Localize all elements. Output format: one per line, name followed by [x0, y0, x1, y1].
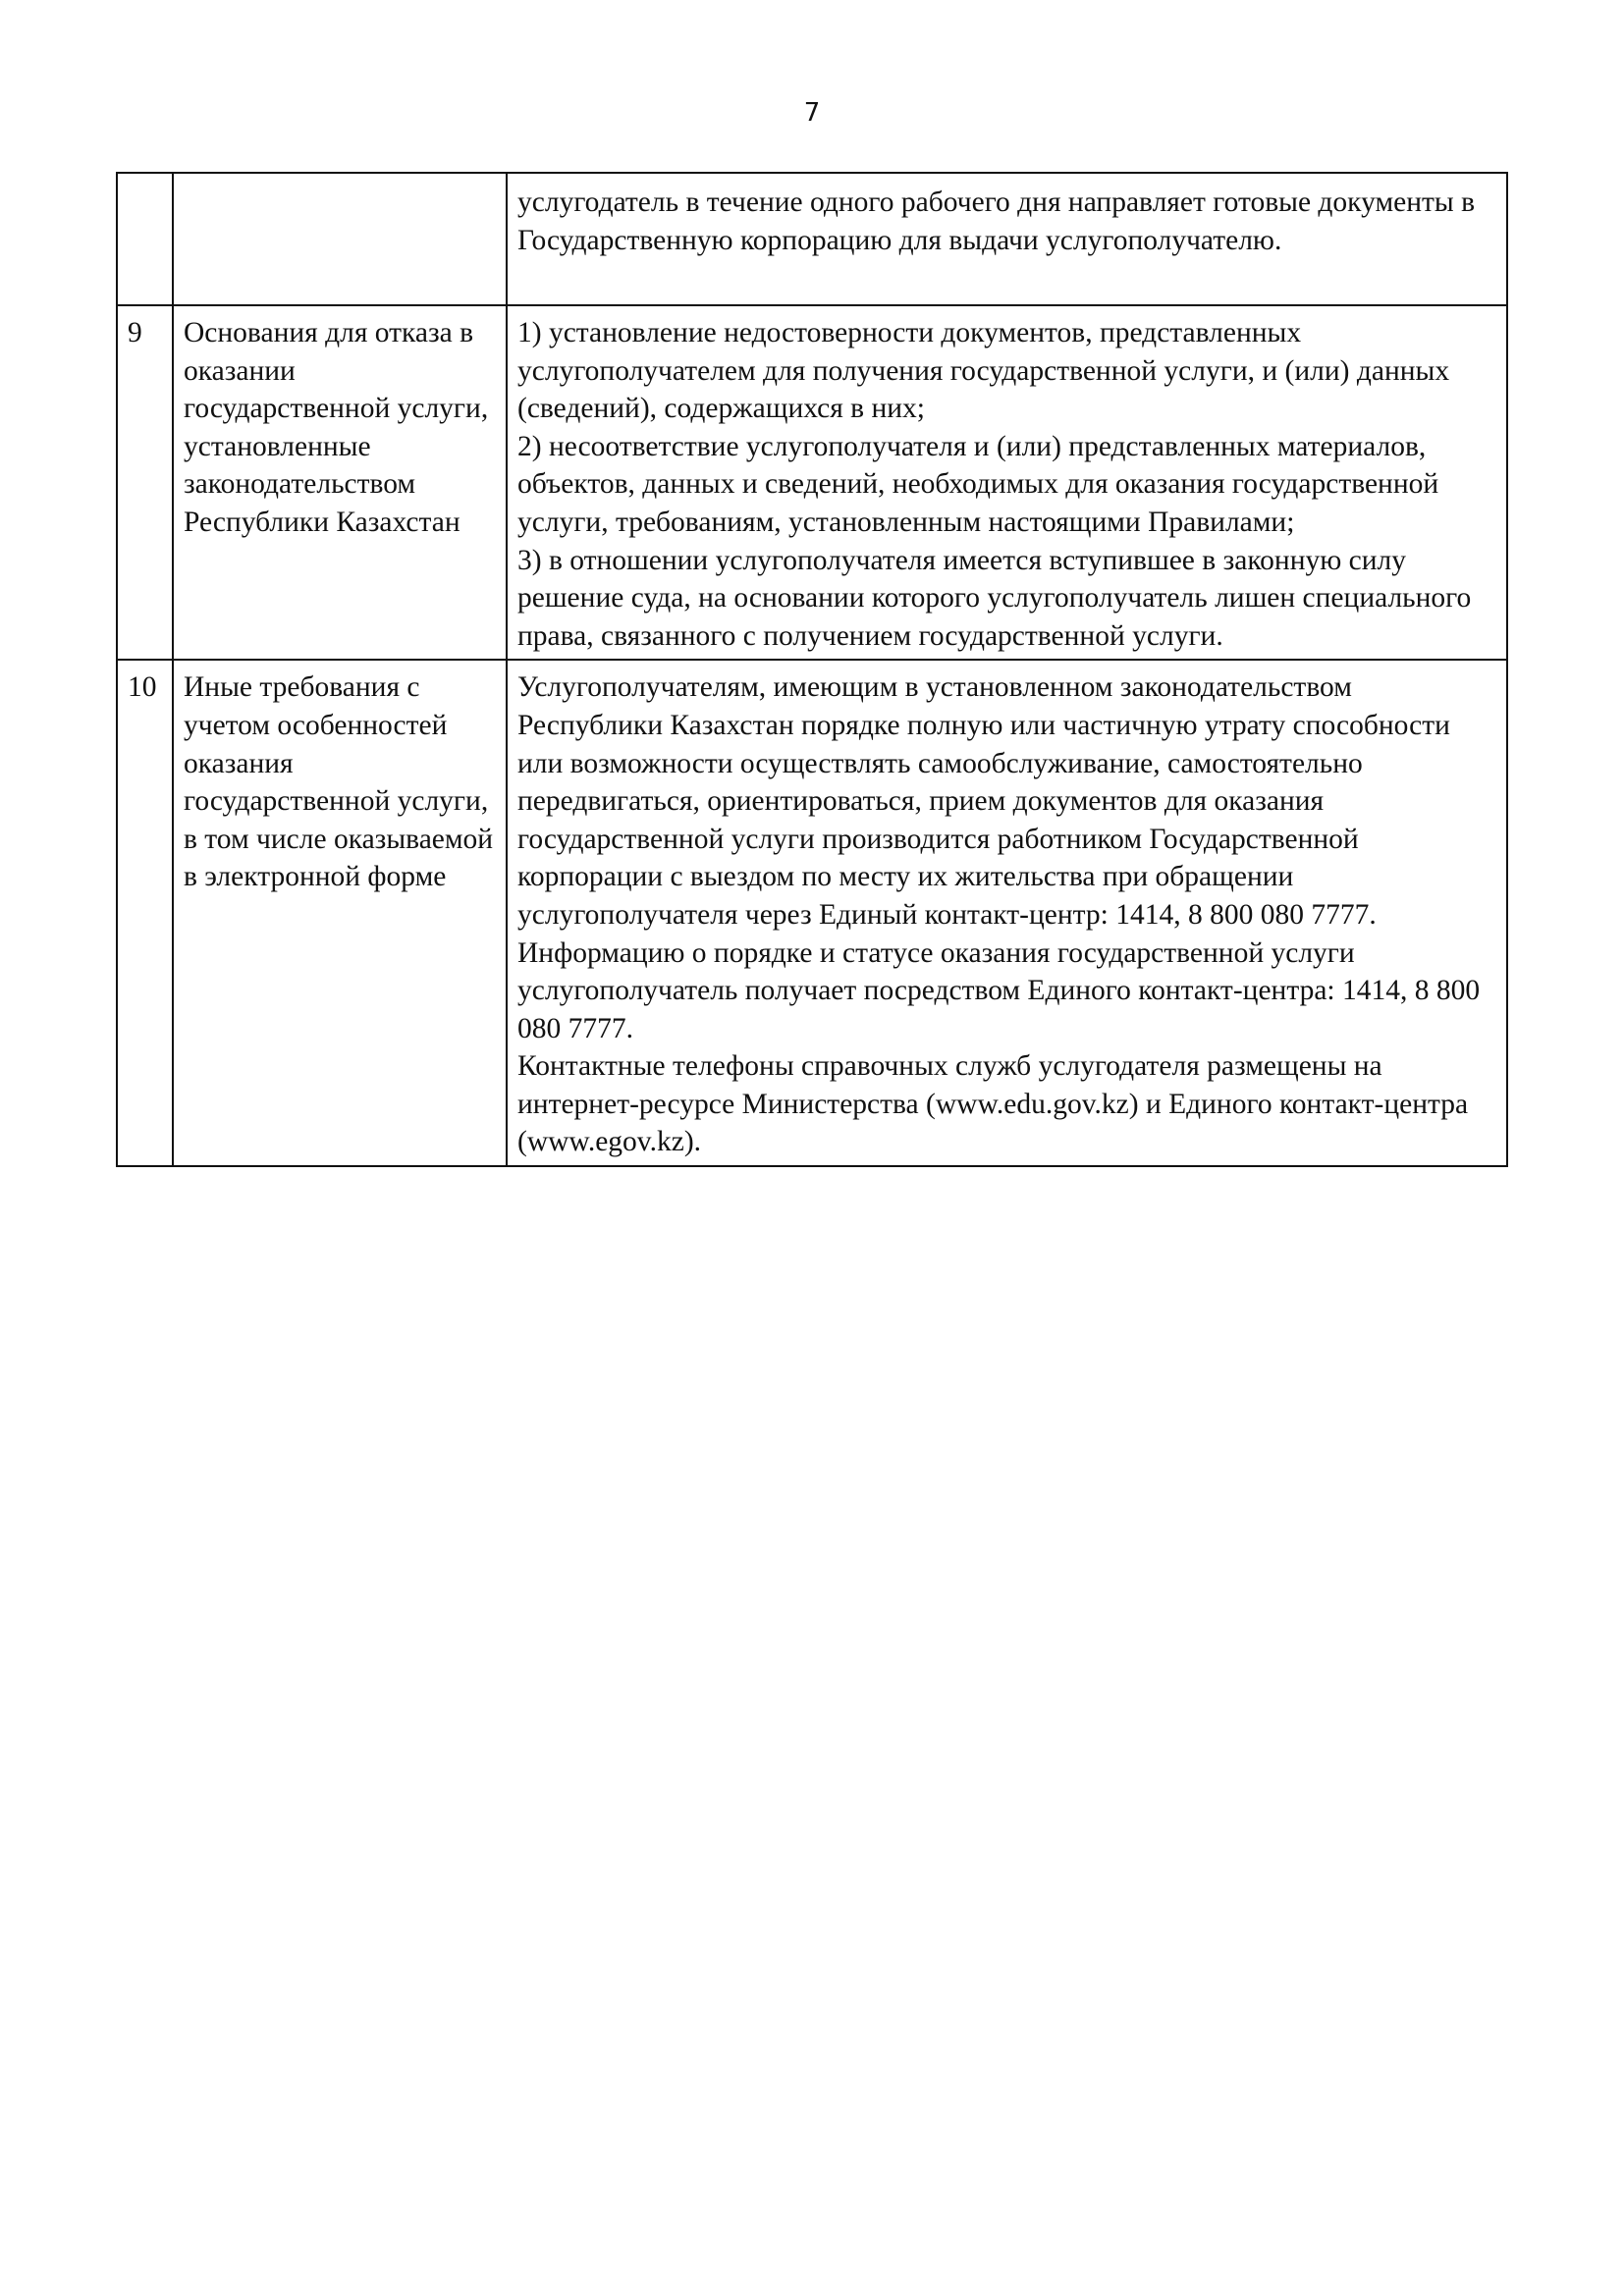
row-paragraph: услугодатель в течение одного рабочего д… — [517, 184, 1496, 259]
row-content: услугодатель в течение одного рабочего д… — [507, 173, 1507, 305]
row-number — [117, 173, 173, 305]
row-title — [173, 173, 507, 305]
row-paragraph: Информацию о порядке и статусе оказания … — [517, 934, 1496, 1048]
page-number: 7 — [0, 98, 1624, 128]
row-title: Основания для отказа в оказании государс… — [173, 305, 507, 660]
row-paragraph: 3) в отношении услугополучателя имеется … — [517, 542, 1496, 656]
row-paragraph: Контактные телефоны справочных служб усл… — [517, 1047, 1496, 1161]
table-row-10: 10 Иные требования с учетом особенностей… — [117, 660, 1507, 1166]
table-row-continuation: услугодатель в течение одного рабочего д… — [117, 173, 1507, 305]
row-title: Иные требования с учетом особенностей ок… — [173, 660, 507, 1166]
row-content: 1) установление недостоверности документ… — [507, 305, 1507, 660]
row-number: 10 — [117, 660, 173, 1166]
table-row-9: 9 Основания для отказа в оказании госуда… — [117, 305, 1507, 660]
row-content: Услугополучателям, имеющим в установленн… — [507, 660, 1507, 1166]
service-standard-table: услугодатель в течение одного рабочего д… — [116, 172, 1508, 1167]
row-paragraph: Услугополучателям, имеющим в установленн… — [517, 668, 1496, 934]
row-paragraph: 1) установление недостоверности документ… — [517, 314, 1496, 428]
row-paragraph: 2) несоответствие услугополучателя и (ил… — [517, 428, 1496, 542]
row-number: 9 — [117, 305, 173, 660]
